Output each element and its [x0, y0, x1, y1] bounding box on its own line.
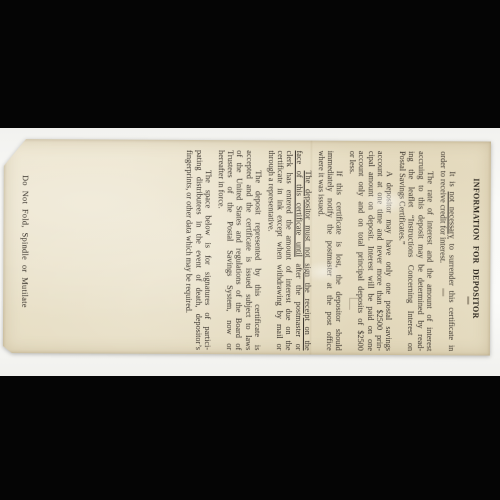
text-line: A depositor may have only one postal sav…	[384, 151, 394, 351]
text-line: If this certificate is lost, the deposit…	[334, 151, 344, 351]
paragraph: It is not necessary to surrender this ce…	[437, 151, 457, 351]
text-line: Trustees of the Postal Savings System, n…	[225, 150, 235, 350]
paragraph: The rate of interest and the amount of i…	[397, 151, 435, 351]
text-line: The depositor must not sign the receipt …	[302, 151, 312, 351]
text-line: The space below is for signatures of par…	[202, 150, 212, 350]
paragraph: The deposit represented by this certific…	[215, 150, 263, 350]
paragraph: The depositor must not sign the receipt …	[265, 150, 313, 350]
certificate-card-back: INFORMATION FOR DEPOSITOR It is not nece…	[3, 139, 491, 356]
text-line: account at one time and never more than …	[375, 151, 385, 351]
text-line: The rate of interest and the amount of i…	[425, 151, 435, 351]
text-line: accepted and the certificate is issued s…	[243, 150, 253, 350]
paragraph: A depositor may have only one postal sav…	[347, 151, 395, 351]
text-line: pating distributees in the event of deat…	[193, 150, 203, 350]
document-title: INFORMATION FOR DEPOSITOR	[470, 145, 481, 351]
text-line: account only and on total principal depo…	[356, 151, 366, 351]
rotated-text-block: INFORMATION FOR DEPOSITOR It is not nece…	[3, 139, 491, 356]
text-line: It is not necessary to surrender this ce…	[447, 151, 457, 351]
text-line: clerk has entered the amount of interest…	[284, 150, 294, 350]
text-line: The deposit represented by this certific…	[252, 150, 262, 350]
text-line: of the United States and regulations of …	[234, 150, 244, 350]
text-line: face of this certificate until after the…	[293, 151, 303, 351]
text-line: cipal amount on deposit. Interest will b…	[365, 151, 375, 351]
text-line: certificate in ink except when withdrawi…	[275, 150, 285, 350]
handling-instruction: Do Not Fold, Spindle or Mutilate	[20, 175, 30, 308]
photo-of-certificate: INFORMATION FOR DEPOSITOR It is not nece…	[0, 0, 500, 500]
text-line: ing the leaflet “Instructions Concerning…	[406, 151, 416, 351]
paragraph: The space below is for signatures of par…	[184, 150, 213, 350]
document-body: It is not necessary to surrender this ce…	[184, 150, 457, 351]
letterbox-band-top	[0, 0, 500, 128]
text-line: immediately notify the postmaster at the…	[325, 151, 335, 351]
paragraph: If this certificate is lost, the deposit…	[315, 151, 344, 351]
text-line: accruing to this deposit may be determin…	[415, 151, 425, 351]
photo-background: INFORMATION FOR DEPOSITOR It is not nece…	[0, 128, 500, 376]
letterbox-band-bottom	[0, 376, 500, 500]
